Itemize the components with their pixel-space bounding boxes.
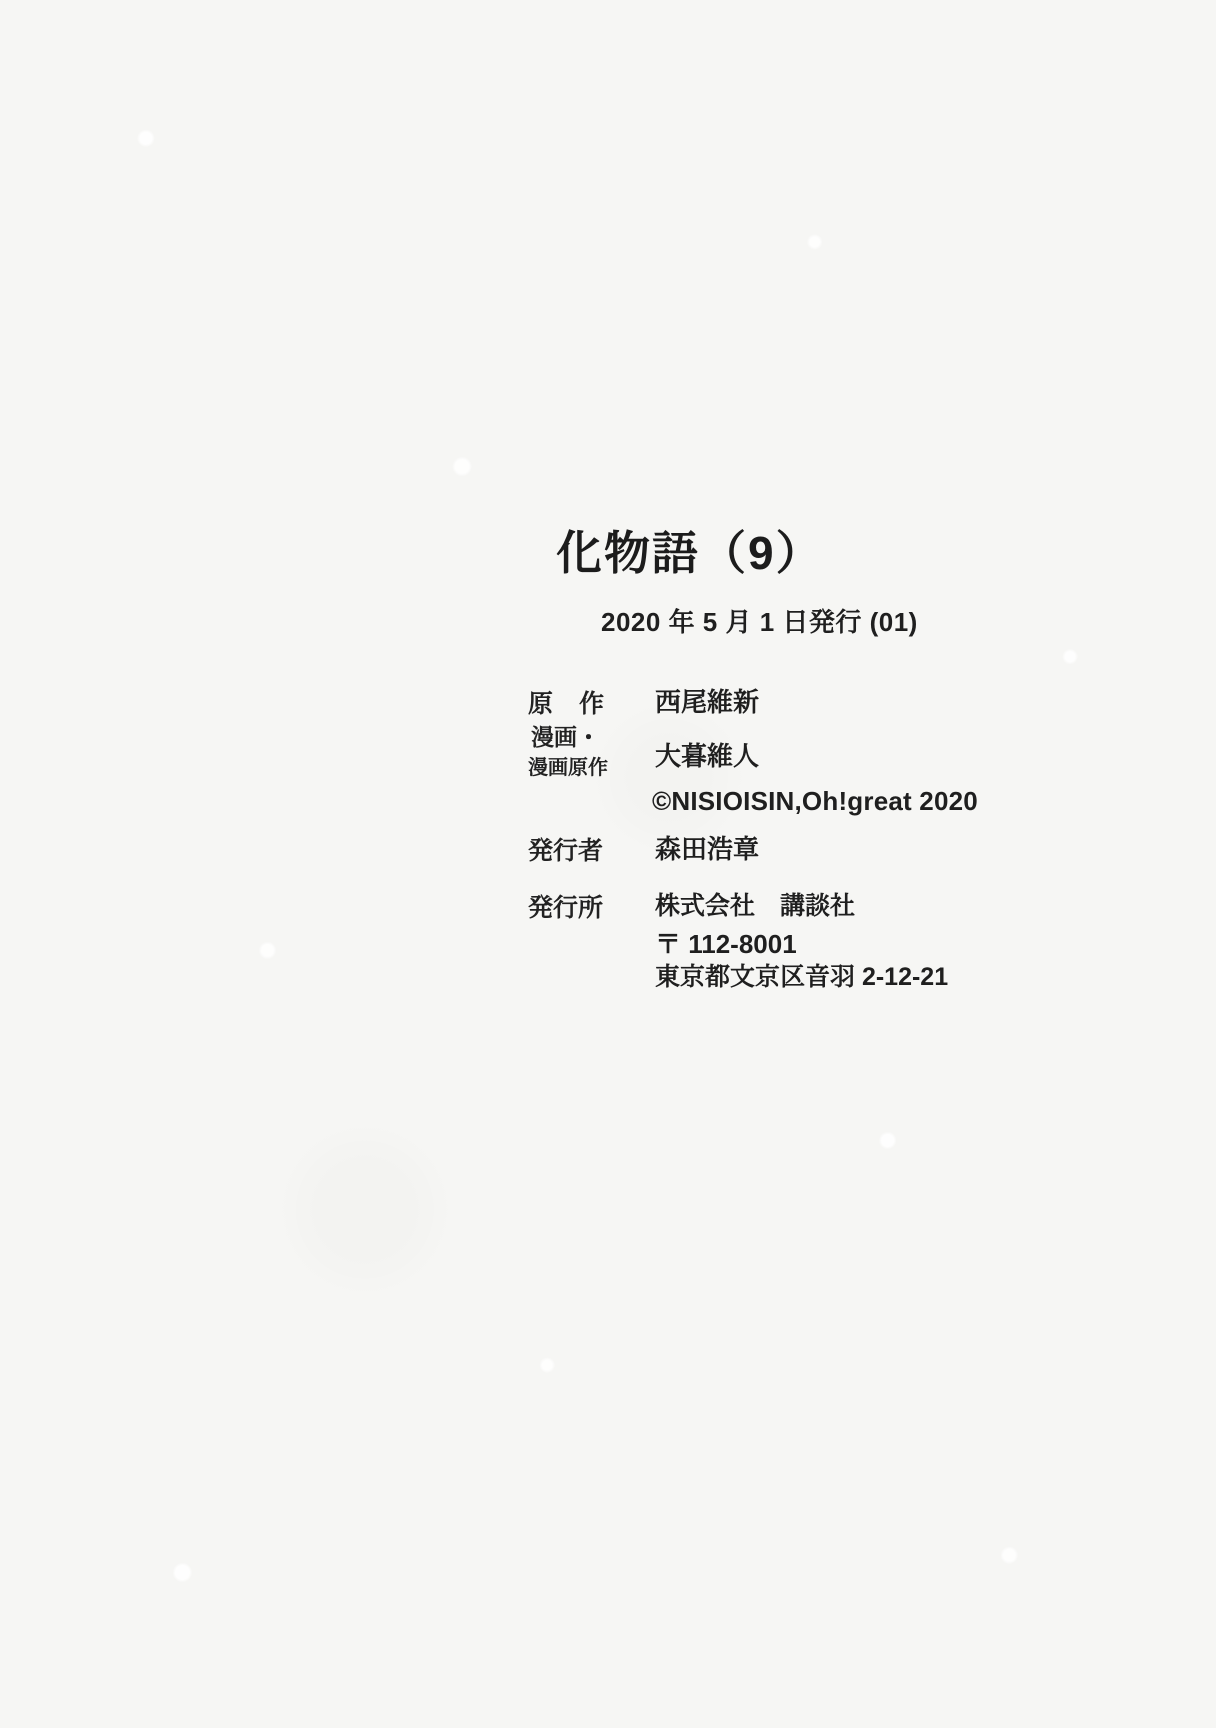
manga-author: 大暮維人 (655, 736, 759, 773)
book-title: 化物語（9） (556, 517, 824, 583)
copyright-notice: ©NISIOISIN,Oh!great 2020 (652, 786, 978, 817)
original-work-author: 西尾維新 (655, 682, 759, 719)
original-work-label: 原作 (528, 684, 604, 720)
publisher-address: 東京都文京区音羽 2-12-21 (655, 957, 948, 993)
manga-label-line2: 漫画原作 (528, 751, 608, 780)
publishing-office-label: 発行所 (528, 888, 603, 924)
manga-label-line1: 漫画・ (531, 719, 600, 752)
publishing-office-name: 株式会社 講談社 (655, 886, 855, 922)
postal-code: 〒 112-8001 (655, 924, 797, 961)
publisher-label: 発行者 (528, 831, 603, 867)
colophon-page: 化物語（9） 2020 年 5 月 1 日発行 (01) 原作 西尾維新 漫画・… (0, 0, 1216, 1728)
publisher-name: 森田浩章 (655, 829, 759, 866)
issue-date: 2020 年 5 月 1 日発行 (01) (601, 602, 918, 639)
